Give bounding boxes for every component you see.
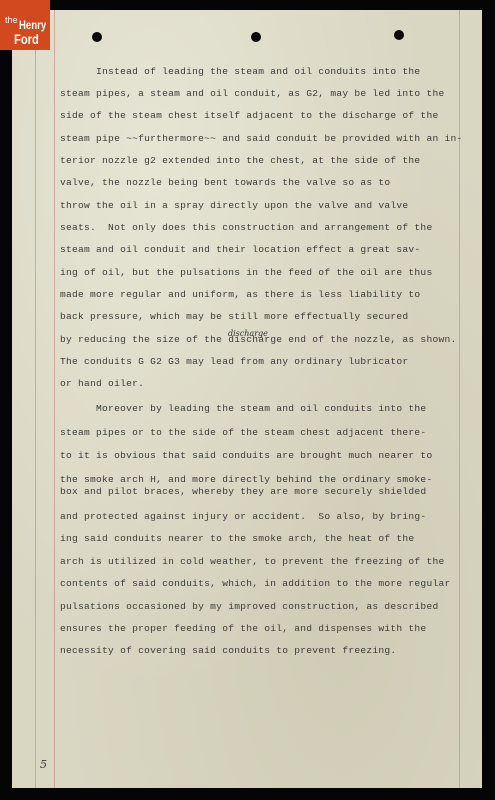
text-line: the smoke arch H, and more directly behi… — [60, 474, 432, 485]
text-line: or hand oiler. — [60, 378, 144, 389]
punch-hole-right — [394, 30, 404, 40]
text-line: ing said conduits nearer to the smoke ar… — [60, 533, 414, 544]
text-line: necessity of covering said conduits to p… — [60, 645, 396, 656]
text-line: throw the oil in a spray directly upon t… — [60, 200, 408, 211]
text-line: to it is obvious that said conduits are … — [60, 450, 432, 461]
document-page — [12, 10, 482, 788]
left-margin-line-outer — [35, 10, 36, 788]
text-line: and protected against injury or accident… — [60, 511, 426, 522]
text-line: steam and oil conduit and their location… — [60, 244, 420, 255]
text-line: made more regular and uniform, as there … — [60, 289, 420, 300]
text-line: steam pipes or to the side of the steam … — [60, 427, 426, 438]
text-line: Instead of leading the steam and oil con… — [60, 66, 420, 77]
logo-henry: Henry — [19, 19, 46, 31]
text-line: contents of said conduits, which, in add… — [60, 578, 450, 589]
right-margin-line — [459, 10, 460, 788]
text-line: The conduits G G2 G3 may lead from any o… — [60, 356, 408, 367]
text-line: terior nozzle g2 extended into the chest… — [60, 155, 420, 166]
henry-ford-logo: the Henry Ford — [0, 0, 50, 50]
text-line: ensures the proper feeding of the oil, a… — [60, 623, 426, 634]
text-line: seats. Not only does this construction a… — [60, 222, 432, 233]
text-line: side of the steam chest itself adjacent … — [60, 110, 438, 121]
text-line: Moreover by leading the steam and oil co… — [60, 403, 426, 414]
logo-ford: Ford — [14, 32, 39, 46]
text-line: box and pilot braces, whereby they are m… — [60, 486, 426, 497]
page-number: 5 — [40, 758, 47, 771]
text-line: steam pipe ~~furthermore~~ and said cond… — [60, 133, 462, 144]
left-margin-line-inner — [54, 10, 55, 788]
text-line: arch is utilized in cold weather, to pre… — [60, 556, 444, 567]
text-line: pulsations occasioned by my improved con… — [60, 601, 438, 612]
punch-hole-center — [251, 32, 261, 42]
punch-hole-left — [92, 32, 102, 42]
text-line: back pressure, which may be still more e… — [60, 311, 408, 322]
logo-the: the — [5, 16, 18, 25]
text-line: ing of oil, but the pulsations in the fe… — [60, 267, 432, 278]
handwritten-insertion: discharge — [228, 329, 268, 338]
text-line: valve, the nozzle being bent towards the… — [60, 177, 390, 188]
text-line: steam pipes, a steam and oil conduit, as… — [60, 88, 444, 99]
